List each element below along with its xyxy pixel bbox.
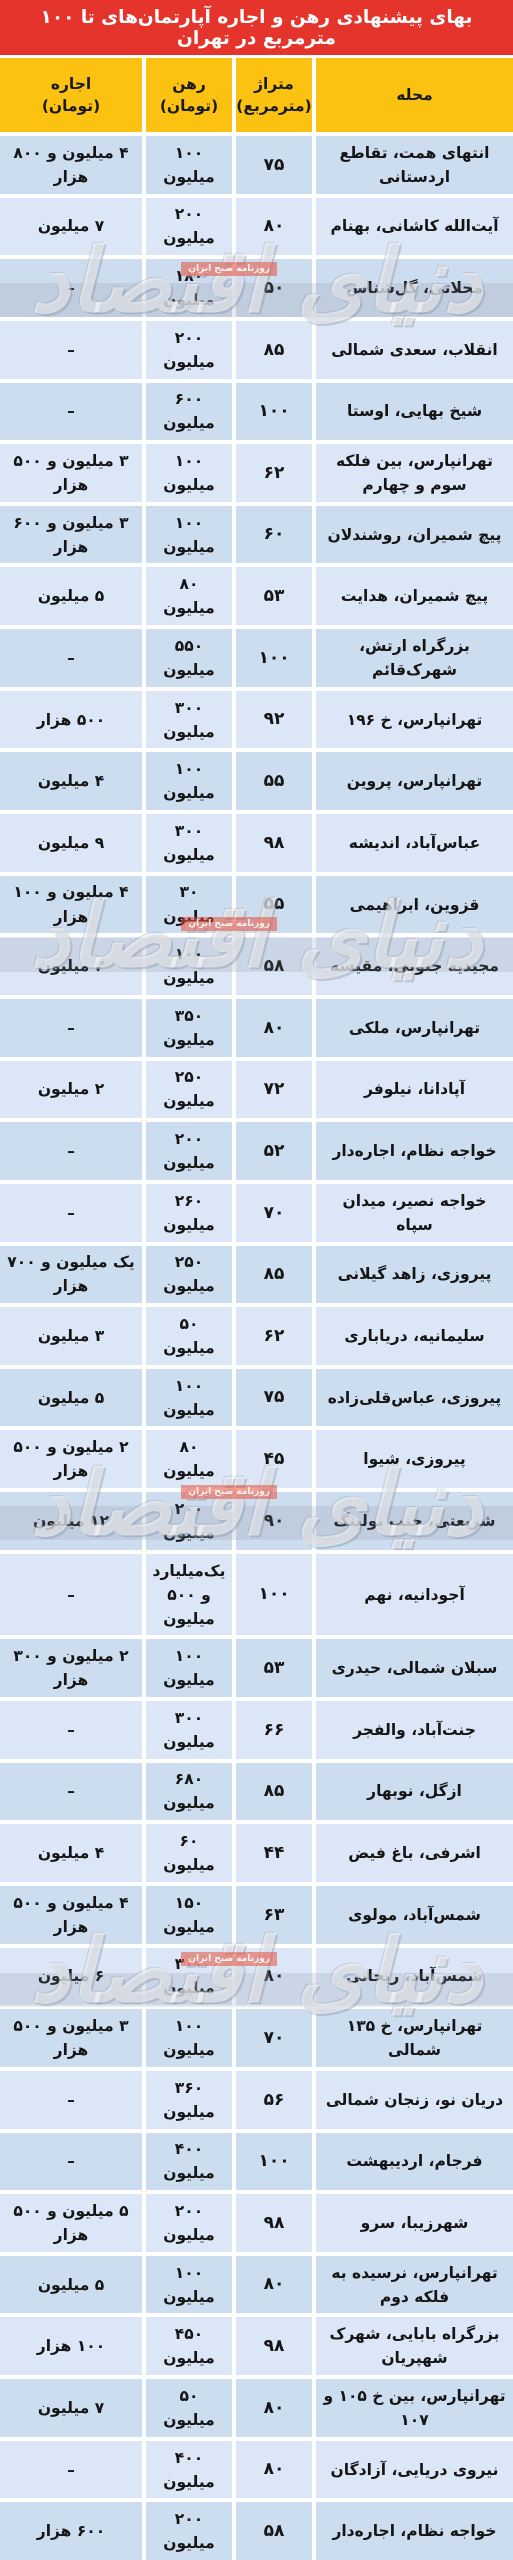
area-cell: ۷۰ [236, 2009, 312, 2067]
table-row: پیچ شمیران، هدایت۵۳۸۰ میلیون۵ میلیون [0, 567, 513, 625]
area-cell: ۸۰ [236, 2379, 312, 2437]
table-row: سلیمانیه، دریاباری۶۲۵۰ میلیون۳ میلیون [0, 1307, 513, 1365]
table-row: سبلان شمالی، حیدری۵۳۱۰۰ میلیون۲ میلیون و… [0, 1639, 513, 1697]
neighborhood-cell: شمس‌آباد، مولوی [316, 1886, 513, 1944]
rent-cell: – [0, 321, 142, 379]
neighborhood-cell: تهرانپارس، ملکی [316, 999, 513, 1057]
table-row: فرجام، اردیبهشت۱۰۰۴۰۰ میلیون– [0, 2133, 513, 2191]
area-cell: ۴۴ [236, 1824, 312, 1882]
table-row: بزرگراه ارتش، شهرک‌قائم۱۰۰۵۵۰ میلیون– [0, 629, 513, 687]
table-header-row: محله متراژ (مترمربع) رهن (تومان) اجاره (… [0, 58, 513, 132]
area-cell: ۸۰ [236, 1948, 312, 2006]
neighborhood-cell: ازگل، نوبهار [316, 1763, 513, 1821]
area-cell: ۱۰۰ [236, 629, 312, 687]
neighborhood-cell: تهرانپارس، بین خ ۱۰۵ و ۱۰۷ [316, 2379, 513, 2437]
rent-cell: یک میلیون و ۷۰۰ هزار [0, 1246, 142, 1304]
rent-cell: ۵ میلیون و ۵۰۰ هزار [0, 2194, 142, 2252]
neighborhood-cell: شهرزیبا، سرو [316, 2194, 513, 2252]
area-cell: ۶۶ [236, 1701, 312, 1759]
deposit-cell: ۵۵۰ میلیون [146, 629, 232, 687]
area-cell: ۱۰۰ [236, 1554, 312, 1636]
rent-cell: – [0, 999, 142, 1057]
header-neighborhood: محله [316, 58, 513, 132]
neighborhood-cell: آپادانا، نیلوفر [316, 1061, 513, 1119]
table-row: نیروی دریایی، آزادگان۸۰۴۰۰ میلیون– [0, 2441, 513, 2499]
neighborhood-cell: محلاتی، گل‌شناس [316, 259, 513, 317]
table-row: پیروزی، زاهد گیلانی۸۵۲۵۰ میلیونیک میلیون… [0, 1246, 513, 1304]
area-cell: ۴۵ [236, 1430, 312, 1488]
neighborhood-cell: جنت‌آباد، والفجر [316, 1701, 513, 1759]
deposit-cell: ۱۵۰ میلیون [146, 1886, 232, 1944]
rent-cell: ۴ میلیون و ۸۰۰ هزار [0, 136, 142, 194]
table-row: شمس‌آباد، مولوی۶۳۱۵۰ میلیون۴ میلیون و ۵۰… [0, 1886, 513, 1944]
area-cell: ۹۸ [236, 2194, 312, 2252]
area-cell: ۶۲ [236, 1307, 312, 1365]
area-cell: ۸۰ [236, 2441, 312, 2499]
neighborhood-cell: تهرانپارس، خ ۱۹۶ [316, 691, 513, 749]
table-row: انتهای همت، تقاطع اردستانی۷۵۱۰۰ میلیون۴ … [0, 136, 513, 194]
neighborhood-cell: تهرانپارس، خ ۱۳۵ شمالی [316, 2009, 513, 2067]
area-cell: ۷۰ [236, 1184, 312, 1242]
deposit-cell: ۲۵۰ میلیون [146, 1061, 232, 1119]
area-cell: ۵۵ [236, 876, 312, 934]
rent-cell: ۷ میلیون [0, 2379, 142, 2437]
table-row: تهرانپارس، نرسیده به فلکه دوم۸۰۱۰۰ میلیو… [0, 2256, 513, 2314]
table-row: بزرگراه بابایی، شهرک شهپریان۹۸۴۵۰ میلیون… [0, 2317, 513, 2375]
rent-cell: ۱۲ میلیون [0, 1492, 142, 1550]
deposit-cell: ۱۰۰ میلیون [146, 937, 232, 995]
neighborhood-cell: انتهای همت، تقاطع اردستانی [316, 136, 513, 194]
neighborhood-cell: پیروزی، زاهد گیلانی [316, 1246, 513, 1304]
deposit-cell: ۲۰۰ میلیون [146, 2502, 232, 2560]
neighborhood-cell: شریعتی، جنب بولینگ [316, 1492, 513, 1550]
neighborhood-cell: قزوین، ابراهیمی [316, 876, 513, 934]
area-cell: ۶۲ [236, 444, 312, 502]
deposit-cell: ۶۰۰ میلیون [146, 383, 232, 441]
deposit-cell: ۴۵۰ میلیون [146, 2317, 232, 2375]
deposit-cell: ۱۰۰ میلیون [146, 506, 232, 564]
table-body: انتهای همت، تقاطع اردستانی۷۵۱۰۰ میلیون۴ … [0, 132, 513, 2560]
table-row: ازگل، نوبهار۸۵۶۸۰ میلیون– [0, 1763, 513, 1821]
neighborhood-cell: پیچ شمیران، هدایت [316, 567, 513, 625]
deposit-cell: یک‌میلیارد و ۵۰۰ میلیون [146, 1554, 232, 1636]
table-row: انقلاب، سعدی شمالی۸۵۲۰۰ میلیون– [0, 321, 513, 379]
neighborhood-cell: فرجام، اردیبهشت [316, 2133, 513, 2191]
rent-cell: – [0, 2441, 142, 2499]
area-cell: ۶۳ [236, 1886, 312, 1944]
deposit-cell: ۶۰ میلیون [146, 1824, 232, 1882]
neighborhood-cell: تهرانپارس، نرسیده به فلکه دوم [316, 2256, 513, 2314]
deposit-cell: ۸۰ میلیون [146, 567, 232, 625]
table-row: عباس‌آباد، اندیشه۹۸۳۰۰ میلیون۹ میلیون [0, 814, 513, 872]
neighborhood-cell: شمس‌آباد، ریحانی [316, 1948, 513, 2006]
deposit-cell: ۲۰۰ میلیون [146, 1122, 232, 1180]
area-cell: ۵۸ [236, 937, 312, 995]
area-cell: ۸۰ [236, 2256, 312, 2314]
rent-cell: ۲ میلیون و ۵۰۰ هزار [0, 1430, 142, 1488]
rent-cell: ۳ میلیون [0, 937, 142, 995]
rent-cell: ۲ میلیون و ۳۰۰ هزار [0, 1639, 142, 1697]
rent-cell: ۱۰۰ هزار [0, 2317, 142, 2375]
area-cell: ۵۲ [236, 1122, 312, 1180]
neighborhood-cell: اشرفی، باغ فیض [316, 1824, 513, 1882]
area-cell: ۹۲ [236, 691, 312, 749]
area-cell: ۹۰ [236, 1492, 312, 1550]
rent-cell: ۶ میلیون [0, 1948, 142, 2006]
deposit-cell: ۱۰۰ میلیون [146, 2256, 232, 2314]
table-row: تهرانپارس، بین خ ۱۰۵ و ۱۰۷۸۰۵۰ میلیون۷ م… [0, 2379, 513, 2437]
deposit-cell: ۳۶۰ میلیون [146, 2071, 232, 2129]
area-cell: ۷۲ [236, 1061, 312, 1119]
deposit-cell: ۱۰۰ میلیون [146, 2009, 232, 2067]
rent-cell: ۹ میلیون [0, 814, 142, 872]
newspaper-table-clipping: بهای پیشنهادی رهن و اجاره آپارتمان‌های ت… [0, 0, 513, 2560]
deposit-cell: ۳۰۰ میلیون [146, 814, 232, 872]
deposit-cell: ۲۰۰ میلیون [146, 198, 232, 256]
table-row: شیخ بهایی، اوستا۱۰۰۶۰۰ میلیون– [0, 383, 513, 441]
area-cell: ۵۵ [236, 752, 312, 810]
header-deposit: رهن (تومان) [146, 58, 232, 132]
deposit-cell: ۳۰۰ میلیون [146, 691, 232, 749]
rent-cell: ۴ میلیون و ۵۰۰ هزار [0, 1886, 142, 1944]
neighborhood-cell: پیروزی، عباس‌قلی‌زاده [316, 1369, 513, 1427]
neighborhood-cell: خواجه نصیر، میدان سپاه [316, 1184, 513, 1242]
neighborhood-cell: شیخ بهایی، اوستا [316, 383, 513, 441]
neighborhood-cell: آیت‌الله کاشانی، بهنام [316, 198, 513, 256]
rent-cell: ۵ میلیون [0, 567, 142, 625]
rent-cell: – [0, 1763, 142, 1821]
deposit-cell: ۳۰۰ میلیون [146, 1701, 232, 1759]
rent-cell: – [0, 259, 142, 317]
table-row: پیروزی، شیوا۴۵۸۰ میلیون۲ میلیون و ۵۰۰ هز… [0, 1430, 513, 1488]
area-cell: ۶۰ [236, 506, 312, 564]
rent-cell: ۲ میلیون [0, 1061, 142, 1119]
table-row: تهرانپارس، بین فلکه سوم و چهارم۶۲۱۰۰ میل… [0, 444, 513, 502]
area-cell: ۸۵ [236, 1763, 312, 1821]
area-cell: ۹۸ [236, 814, 312, 872]
area-cell: ۵۶ [236, 2071, 312, 2129]
deposit-cell: ۸۰ میلیون [146, 1430, 232, 1488]
deposit-cell: ۴۰۰ میلیون [146, 2441, 232, 2499]
area-cell: ۵۳ [236, 567, 312, 625]
rent-cell: ۵۰۰ هزار [0, 691, 142, 749]
table-row: تهرانپارس، خ ۱۹۶۹۲۳۰۰ میلیون۵۰۰ هزار [0, 691, 513, 749]
rent-cell: ۵ میلیون [0, 2256, 142, 2314]
deposit-cell: ۳۰ میلیون [146, 876, 232, 934]
header-rent: اجاره (تومان) [0, 58, 142, 132]
deposit-cell: ۲۶۰ میلیون [146, 1184, 232, 1242]
table-row: آیت‌الله کاشانی، بهنام۸۰۲۰۰ میلیون۷ میلی… [0, 198, 513, 256]
deposit-cell: ۳۰۰ میلیون [146, 1948, 232, 2006]
neighborhood-cell: سلیمانیه، دریاباری [316, 1307, 513, 1365]
deposit-cell: ۵۰ میلیون [146, 1307, 232, 1365]
deposit-cell: ۲۰۰ میلیون [146, 1492, 232, 1550]
rent-cell: – [0, 1184, 142, 1242]
area-cell: ۸۰ [236, 198, 312, 256]
neighborhood-cell: آجودانیه، نهم [316, 1554, 513, 1636]
table-row: شریعتی، جنب بولینگ۹۰۲۰۰ میلیون۱۲ میلیون [0, 1492, 513, 1550]
area-cell: ۹۸ [236, 2317, 312, 2375]
rent-cell: – [0, 2133, 142, 2191]
table-row: پیروزی، عباس‌قلی‌زاده۷۵۱۰۰ میلیون۵ میلیو… [0, 1369, 513, 1427]
deposit-cell: ۴۰۰ میلیون [146, 2133, 232, 2191]
neighborhood-cell: عباس‌آباد، اندیشه [316, 814, 513, 872]
table-row: محلاتی، گل‌شناس۵۰۱۸۰ میلیون– [0, 259, 513, 317]
rent-cell: – [0, 1122, 142, 1180]
table-row: مجیدیه جنوبی، مقیسه۵۸۱۰۰ میلیون۳ میلیون [0, 937, 513, 995]
deposit-cell: ۲۰۰ میلیون [146, 2194, 232, 2252]
table-row: تهرانپارس، پروین۵۵۱۰۰ میلیون۴ میلیون [0, 752, 513, 810]
table-row: آجودانیه، نهم۱۰۰یک‌میلیارد و ۵۰۰ میلیون– [0, 1554, 513, 1636]
table-row: دریان نو، زنجان شمالی۵۶۳۶۰ میلیون– [0, 2071, 513, 2129]
deposit-cell: ۳۵۰ میلیون [146, 999, 232, 1057]
header-area: متراژ (مترمربع) [236, 58, 312, 132]
neighborhood-cell: مجیدیه جنوبی، مقیسه [316, 937, 513, 995]
neighborhood-cell: تهرانپارس، بین فلکه سوم و چهارم [316, 444, 513, 502]
neighborhood-cell: خواجه نظام، اجاره‌دار [316, 1122, 513, 1180]
table-row: تهرانپارس، ملکی۸۰۳۵۰ میلیون– [0, 999, 513, 1057]
rent-cell: – [0, 1701, 142, 1759]
area-cell: ۸۰ [236, 999, 312, 1057]
table-row: خواجه نصیر، میدان سپاه۷۰۲۶۰ میلیون– [0, 1184, 513, 1242]
area-cell: ۸۵ [236, 1246, 312, 1304]
rent-cell: ۵ میلیون [0, 1369, 142, 1427]
area-cell: ۵۳ [236, 1639, 312, 1697]
rent-cell: – [0, 383, 142, 441]
rent-cell: ۳ میلیون و ۵۰۰ هزار [0, 444, 142, 502]
table-row: جنت‌آباد، والفجر۶۶۳۰۰ میلیون– [0, 1701, 513, 1759]
rent-cell: ۷ میلیون [0, 198, 142, 256]
table-row: شمس‌آباد، ریحانی۸۰۳۰۰ میلیون۶ میلیون [0, 1948, 513, 2006]
deposit-cell: ۱۰۰ میلیون [146, 1369, 232, 1427]
table-row: اشرفی، باغ فیض۴۴۶۰ میلیون۴ میلیون [0, 1824, 513, 1882]
rent-cell: ۴ میلیون [0, 1824, 142, 1882]
neighborhood-cell: انقلاب، سعدی شمالی [316, 321, 513, 379]
area-cell: ۱۰۰ [236, 383, 312, 441]
table-row: خواجه نظام، اجاره‌دار۵۸۲۰۰ میلیون۶۰۰ هزا… [0, 2502, 513, 2560]
deposit-cell: ۲۰۰ میلیون [146, 321, 232, 379]
area-cell: ۱۰۰ [236, 2133, 312, 2191]
neighborhood-cell: دریان نو، زنجان شمالی [316, 2071, 513, 2129]
area-cell: ۷۵ [236, 136, 312, 194]
deposit-cell: ۱۰۰ میلیون [146, 1639, 232, 1697]
neighborhood-cell: بزرگراه بابایی، شهرک شهپریان [316, 2317, 513, 2375]
deposit-cell: ۱۰۰ میلیون [146, 752, 232, 810]
deposit-cell: ۱۸۰ میلیون [146, 259, 232, 317]
area-cell: ۷۵ [236, 1369, 312, 1427]
neighborhood-cell: نیروی دریایی، آزادگان [316, 2441, 513, 2499]
rent-cell: ۴ میلیون و ۱۰۰ هزار [0, 876, 142, 934]
deposit-cell: ۶۸۰ میلیون [146, 1763, 232, 1821]
area-cell: ۵۰ [236, 259, 312, 317]
table-row: آپادانا، نیلوفر۷۲۲۵۰ میلیون۲ میلیون [0, 1061, 513, 1119]
deposit-cell: ۲۵۰ میلیون [146, 1246, 232, 1304]
rent-cell: – [0, 629, 142, 687]
deposit-cell: ۱۰۰ میلیون [146, 136, 232, 194]
table-row: قزوین، ابراهیمی۵۵۳۰ میلیون۴ میلیون و ۱۰۰… [0, 876, 513, 934]
area-cell: ۵۸ [236, 2502, 312, 2560]
neighborhood-cell: پیروزی، شیوا [316, 1430, 513, 1488]
neighborhood-cell: سبلان شمالی، حیدری [316, 1639, 513, 1697]
table-title: بهای پیشنهادی رهن و اجاره آپارتمان‌های ت… [0, 0, 513, 55]
deposit-cell: ۱۰۰ میلیون [146, 444, 232, 502]
rent-cell: – [0, 2071, 142, 2129]
neighborhood-cell: پیچ شمیران، روشندلان [316, 506, 513, 564]
rent-cell: – [0, 1554, 142, 1636]
area-cell: ۸۵ [236, 321, 312, 379]
table-title-text: بهای پیشنهادی رهن و اجاره آپارتمان‌های ت… [6, 7, 507, 49]
neighborhood-cell: تهرانپارس، پروین [316, 752, 513, 810]
rent-cell: ۶۰۰ هزار [0, 2502, 142, 2560]
rent-cell: ۳ میلیون [0, 1307, 142, 1365]
rent-cell: ۳ میلیون و ۶۰۰ هزار [0, 506, 142, 564]
table-row: تهرانپارس، خ ۱۳۵ شمالی۷۰۱۰۰ میلیون۳ میلی… [0, 2009, 513, 2067]
neighborhood-cell: خواجه نظام، اجاره‌دار [316, 2502, 513, 2560]
table-row: خواجه نظام، اجاره‌دار۵۲۲۰۰ میلیون– [0, 1122, 513, 1180]
table-row: شهرزیبا، سرو۹۸۲۰۰ میلیون۵ میلیون و ۵۰۰ ه… [0, 2194, 513, 2252]
table-row: پیچ شمیران، روشندلان۶۰۱۰۰ میلیون۳ میلیون… [0, 506, 513, 564]
rent-cell: ۳ میلیون و ۵۰۰ هزار [0, 2009, 142, 2067]
neighborhood-cell: بزرگراه ارتش، شهرک‌قائم [316, 629, 513, 687]
rent-cell: ۴ میلیون [0, 752, 142, 810]
deposit-cell: ۵۰ میلیون [146, 2379, 232, 2437]
